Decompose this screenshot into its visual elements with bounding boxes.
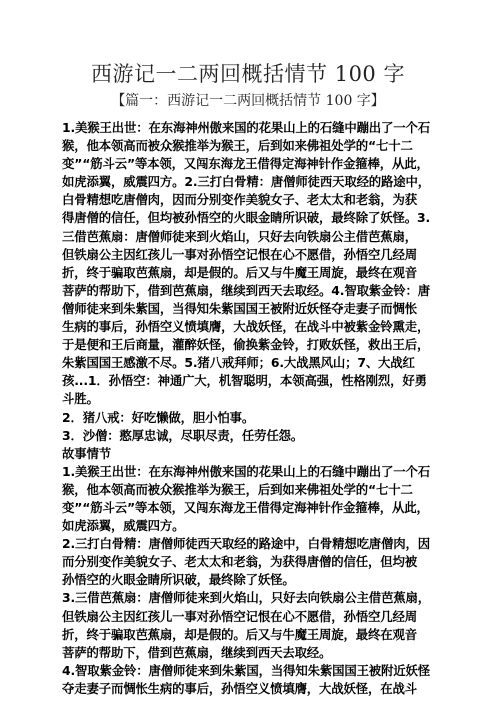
text-line: 猴，他本领高而被众猴推举为猴王，后到如来佛祖处学的“七十二: [62, 137, 440, 155]
document-page: 西游记一二两回概括情节 100 字 【篇一：西游记一二两回概括情节 100 字】…: [0, 0, 496, 702]
text-line: 2.三打白骨精：唐僧师徒西天取经的路途中，白骨精想吃唐僧肉，因: [62, 535, 440, 553]
text-line: 3.三借芭蕉扇：唐僧师徒来到火焰山，只好去向铁扇公主借芭蕉扇，: [62, 589, 440, 607]
text-line: 孙悟空的火眼金睛所识破，最终除了妖怪。: [62, 571, 440, 589]
text-line: 朱紫国国王感激不尽。5.猪八戒拜师；6.大战黑风山；7、大战红: [62, 354, 440, 372]
text-line: 孩...1．孙悟空：神通广大，机智聪明，本领高强，性格刚烈，好勇: [62, 372, 440, 390]
text-line: 僧师徒来到朱紫国，当得知朱紫国国王被附近妖怪夺走妻子而惆怅: [62, 300, 440, 318]
document-subtitle: 【篇一：西游记一二两回概括情节 100 字】: [0, 90, 496, 110]
text-line: 斗胜。: [62, 390, 440, 408]
document-title: 西游记一二两回概括情节 100 字: [0, 58, 496, 88]
text-line: 夺走妻子而惆怅生病的事后，孙悟空义愤填膺，大战妖怪，在战斗: [62, 680, 440, 698]
text-line: 菩萨的帮助下，借到芭蕉扇，继续到西天去取经。4.智取紫金铃：唐: [62, 282, 440, 300]
text-line: 折，终于骗取芭蕉扇，却是假的。后又与牛魔王周旋，最终在观音: [62, 264, 440, 282]
text-line: 4.智取紫金铃：唐僧师徒来到朱紫国，当得知朱紫国国王被附近妖怪: [62, 662, 440, 680]
text-line: 如虎添翼，威震四方。2.三打白骨精：唐僧师徒西天取经的路途中，: [62, 173, 440, 191]
text-line: 而分别变作美貌女子、老太太和老翁，为获得唐僧的信任，但均被: [62, 553, 440, 571]
text-line: 猴，他本领高而被众猴推举为猴王，后到如来佛祖处学的“七十二: [62, 481, 440, 499]
text-line: 3．沙僧：憨厚忠诚，尽职尽责，任劳任怨。: [62, 427, 440, 445]
document-body: 1.美猴王出世：在东海神州傲来国的花果山上的石缝中蹦出了一个石猴，他本领高而被众…: [62, 119, 440, 698]
text-line: 折，终于骗取芭蕉扇，却是假的。后又与牛魔王周旋，最终在观音: [62, 626, 440, 644]
text-line: 得唐僧的信任，但均被孙悟空的火眼金睛所识破，最终除了妖怪。3.: [62, 209, 440, 227]
text-line: 2．猪八戒：好吃懒做，胆小怕事。: [62, 409, 440, 427]
text-line: 变”“筋斗云”等本领，又闯东海龙王借得定海神针作金箍棒，从此，: [62, 155, 440, 173]
text-line: 故事情节: [62, 445, 440, 463]
text-line: 生病的事后，孙悟空义愤填膺，大战妖怪，在战斗中被紫金铃熏走，: [62, 318, 440, 336]
text-line: 但铁扇公主因红孩儿一事对孙悟空记恨在心不愿借，孙悟空几经周: [62, 246, 440, 264]
text-line: 三借芭蕉扇：唐僧师徒来到火焰山，只好去向铁扇公主借芭蕉扇，: [62, 228, 440, 246]
text-line: 白骨精想吃唐僧肉，因而分别变作美貌女子、老太太和老翁，为获: [62, 191, 440, 209]
text-line: 于是便和王后商量，灌醉妖怪，偷换紫金铃，打败妖怪，救出王后，: [62, 336, 440, 354]
text-line: 菩萨的帮助下，借到芭蕉扇，继续到西天去取经。: [62, 644, 440, 662]
text-line: 但铁扇公主因红孩儿一事对孙悟空记恨在心不愿借，孙悟空几经周: [62, 608, 440, 626]
text-line: 如虎添翼，威震四方。: [62, 517, 440, 535]
text-line: 1.美猴王出世：在东海神州傲来国的花果山上的石缝中蹦出了一个石: [62, 119, 440, 137]
text-line: 1.美猴王出世：在东海神州傲来国的花果山上的石缝中蹦出了一个石: [62, 463, 440, 481]
text-line: 变”“筋斗云”等本领，又闯东海龙王借得定海神针作金箍棒，从此，: [62, 499, 440, 517]
